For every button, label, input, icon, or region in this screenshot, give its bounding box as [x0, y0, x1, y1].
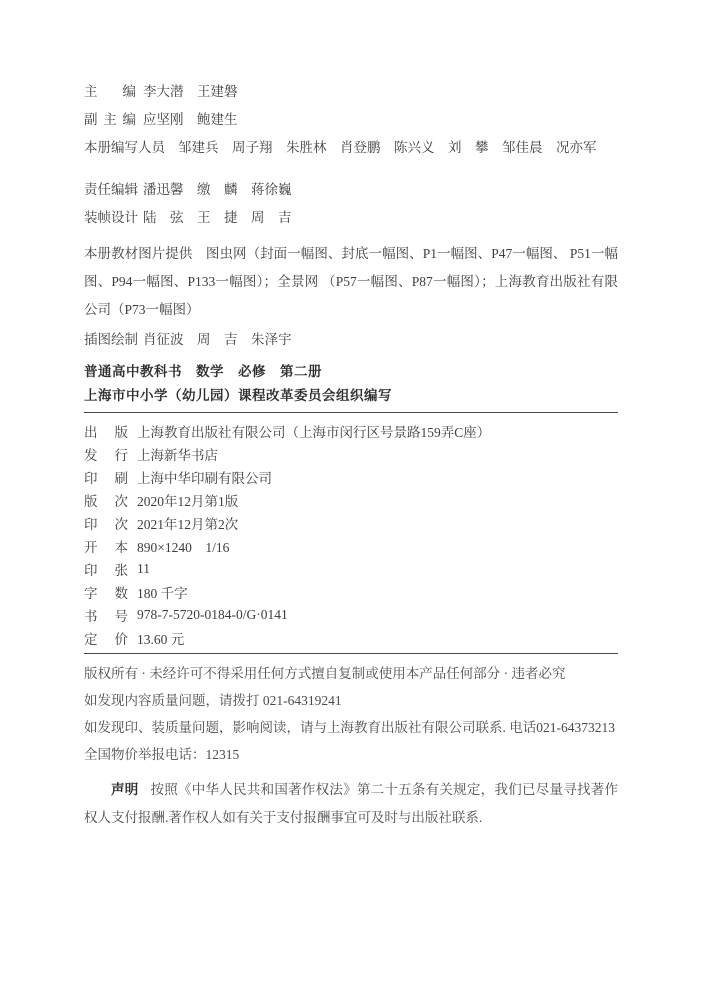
divider-bottom [84, 653, 618, 654]
divider-top [84, 412, 618, 413]
content-quality-notice: 如发现内容质量问题，请拨打 021-64319241 [84, 687, 618, 714]
distributor-value: 上海新华书店 [137, 444, 218, 464]
isbn-label: 书号 [84, 605, 128, 625]
wordcount-row: 字数 180 千字 [84, 580, 618, 603]
printer-label: 印刷 [84, 467, 128, 487]
price-label: 定价 [84, 628, 128, 648]
price-row: 定价 13.60 元 [84, 626, 618, 649]
print-quality-notice: 如发现印、装质量问题，影响阅读，请与上海教育出版社有限公司联系. 电话021-6… [84, 714, 618, 741]
distributor-label: 发行 [84, 444, 128, 464]
chief-editor-row: 主编 李大潜 王建磐 [84, 76, 618, 104]
isbn-value: 978-7-5720-0184-0/G·0141 [137, 607, 288, 623]
copyright-notice: 版权所有 · 未经许可不得采用任何方式擅自复制或使用本产品任何部分 · 违者必究 [84, 660, 618, 687]
edition-label: 版次 [84, 490, 128, 510]
edition-row: 版次 2020年12月第1版 [84, 488, 618, 511]
chief-editor-label: 主编 [84, 80, 136, 100]
design-label: 装帧设计 [84, 206, 136, 226]
colophon-page: 主编 李大潜 王建磐 副主编 应坚刚 鲍建生 本册编写人员 邹建兵 周子翔 朱胜… [0, 0, 702, 832]
impression-row: 印次 2021年12月第2次 [84, 511, 618, 534]
illustration-names: 肖征波 周 吉 朱泽宇 [143, 328, 292, 348]
responsible-editor-label: 责任编辑 [84, 178, 136, 198]
impression-label: 印次 [84, 513, 128, 533]
responsible-editor-row: 责任编辑 潘迅馨 缴 麟 蒋徐巍 [84, 174, 618, 202]
volume-writers-names: 邹建兵 周子翔 朱胜林 肖登鹏 陈兴义 刘 攀 邹佳晨 况亦军 [178, 136, 597, 156]
publication-block: 出版 上海教育出版社有限公司（上海市闵行区号景路159弄C座） 发行 上海新华书… [84, 419, 618, 649]
sheets-value: 11 [137, 561, 150, 577]
format-value: 890×1240 1/16 [137, 536, 229, 556]
book-title: 普通高中教科书 数学 必修 第二册 [84, 360, 618, 384]
sheets-label: 印张 [84, 559, 128, 579]
copyright-statement: 声明按照《中华人民共和国著作权法》第二十五条有关规定，我们已尽量寻找著作权人支付… [84, 776, 618, 832]
design-names: 陆 弦 王 捷 周 吉 [143, 206, 292, 226]
design-row: 装帧设计 陆 弦 王 捷 周 吉 [84, 202, 618, 230]
publisher-value: 上海教育出版社有限公司（上海市闵行区号景路159弄C座） [137, 421, 490, 441]
deputy-editor-label: 副主编 [84, 108, 136, 128]
notices-block: 版权所有 · 未经许可不得采用任何方式擅自复制或使用本产品任何部分 · 违者必究… [84, 660, 618, 768]
statement-text: 按照《中华人民共和国著作权法》第二十五条有关规定，我们已尽量寻找著作权人支付报酬… [84, 782, 618, 825]
format-row: 开本 890×1240 1/16 [84, 534, 618, 557]
responsible-editor-names: 潘迅馨 缴 麟 蒋徐巍 [143, 178, 292, 198]
organizer-line: 上海市中小学（幼儿园）课程改革委员会组织编写 [84, 384, 618, 408]
illustration-label: 插图绘制 [84, 328, 136, 348]
volume-writers-row: 本册编写人员 邹建兵 周子翔 朱胜林 肖登鹏 陈兴义 刘 攀 邹佳晨 况亦军 [84, 132, 618, 160]
publisher-row: 出版 上海教育出版社有限公司（上海市闵行区号景路159弄C座） [84, 419, 618, 442]
volume-writers-label: 本册编写人员 [84, 136, 165, 156]
deputy-editor-names: 应坚刚 鲍建生 [143, 108, 238, 128]
deputy-editor-row: 副主编 应坚刚 鲍建生 [84, 104, 618, 132]
chief-editor-names: 李大潜 王建磐 [143, 80, 238, 100]
edition-value: 2020年12月第1版 [137, 490, 238, 510]
title-block: 普通高中教科书 数学 必修 第二册 上海市中小学（幼儿园）课程改革委员会组织编写 [84, 360, 618, 408]
price-value: 13.60 元 [137, 628, 184, 648]
printer-row: 印刷 上海中华印刷有限公司 [84, 465, 618, 488]
wordcount-label: 字数 [84, 582, 128, 602]
image-credits-paragraph: 本册教材图片提供 图虫网（封面一幅图、封底一幅图、P1一幅图、P47一幅图、 P… [84, 240, 618, 324]
editorial-block: 责任编辑 潘迅馨 缴 麟 蒋徐巍 装帧设计 陆 弦 王 捷 周 吉 [84, 174, 618, 230]
wordcount-value: 180 千字 [137, 582, 188, 602]
illustration-row: 插图绘制 肖征波 周 吉 朱泽宇 [84, 324, 618, 352]
isbn-row: 书号 978-7-5720-0184-0/G·0141 [84, 603, 618, 626]
publisher-label: 出版 [84, 421, 128, 441]
staff-block: 主编 李大潜 王建磐 副主编 应坚刚 鲍建生 本册编写人员 邹建兵 周子翔 朱胜… [84, 76, 618, 160]
sheets-row: 印张 11 [84, 557, 618, 580]
format-label: 开本 [84, 536, 128, 556]
statement-label: 声明 [111, 782, 139, 797]
impression-value: 2021年12月第2次 [137, 513, 238, 533]
distributor-row: 发行 上海新华书店 [84, 442, 618, 465]
printer-value: 上海中华印刷有限公司 [137, 467, 272, 487]
price-hotline-notice: 全国物价举报电话：12315 [84, 741, 618, 768]
